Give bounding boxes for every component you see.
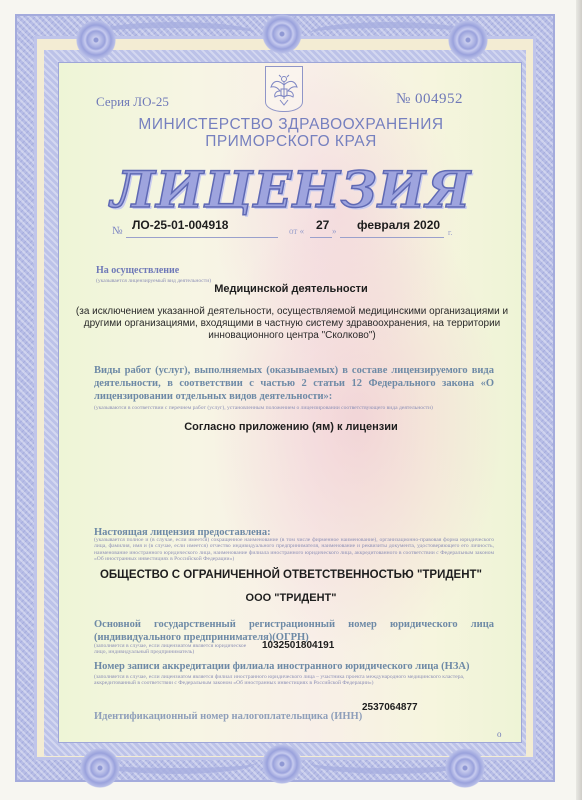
month-underline	[340, 237, 444, 238]
nza-hint: (заполняется в случае, если лицензиатом …	[94, 674, 494, 687]
works-value: Согласно приложению (ям) к лицензии	[60, 421, 522, 433]
ogrn-hint: (заполняется в случае, если лицензиатом …	[94, 643, 254, 656]
licensee-hint: (указывается полное и (в случае, если им…	[94, 537, 494, 563]
ministry-line-2: ПРИМОРСКОГО КРАЯ	[100, 133, 482, 150]
date-prefix: от «	[289, 226, 304, 236]
inn-label: Идентификационный номер налогоплательщик…	[94, 711, 362, 722]
licensee-full-name: ОБЩЕСТВО С ОГРАНИЧЕННОЙ ОТВЕТСТВЕННОСТЬЮ…	[60, 569, 522, 581]
license-number-row: № ЛО-25-01-004918 от « 27 » февраля 2020…	[112, 218, 472, 240]
rosette-top-right	[448, 20, 488, 60]
issuing-authority: МИНИСТЕРСТВО ЗДРАВООХРАНЕНИЯ ПРИМОРСКОГО…	[100, 116, 482, 150]
ministry-line-1: МИНИСТЕРСТВО ЗДРАВООХРАНЕНИЯ	[100, 116, 482, 133]
document-title: ЛИЦЕНЗИЯ	[100, 160, 482, 219]
number-sign: №	[112, 225, 123, 237]
footer-mark: о	[497, 729, 502, 739]
top-wave-right	[310, 22, 470, 44]
rosette-bottom-right	[445, 748, 485, 788]
number-underline	[126, 237, 278, 238]
license-number: ЛО-25-01-004918	[132, 218, 228, 232]
serial-number: № 004952	[396, 91, 463, 108]
rosette-bottom-center	[262, 744, 302, 784]
license-day: 27	[316, 218, 329, 232]
inn-value: 2537064877	[362, 702, 418, 713]
rosette-top-left	[76, 20, 116, 60]
works-label: Виды работ (услуг), выполняемых (оказыва…	[94, 364, 494, 403]
year-suffix: г.	[448, 228, 452, 237]
date-mid: »	[332, 226, 337, 236]
activity-exclusion: (за исключением указанной деятельности, …	[70, 306, 514, 342]
nza-label: Номер записи аккредитации филиала иностр…	[94, 661, 469, 672]
ogrn-value: 1032501804191	[262, 640, 334, 651]
license-month-year: февраля 2020	[357, 218, 440, 232]
coat-of-arms-icon	[265, 66, 303, 112]
day-underline	[310, 237, 332, 238]
works-hint: (указываются в соответствии с перечнем р…	[94, 405, 494, 411]
scan-edge	[576, 0, 582, 800]
rosette-top-center	[262, 14, 302, 54]
series-label: Серия ЛО-25	[96, 94, 169, 110]
activity-value: Медицинской деятельности	[60, 283, 522, 295]
rosette-bottom-left	[80, 748, 120, 788]
activity-label: На осуществление	[96, 265, 179, 276]
licensee-short-name: ООО "ТРИДЕНТ"	[60, 592, 522, 604]
top-wave-left	[95, 22, 255, 44]
